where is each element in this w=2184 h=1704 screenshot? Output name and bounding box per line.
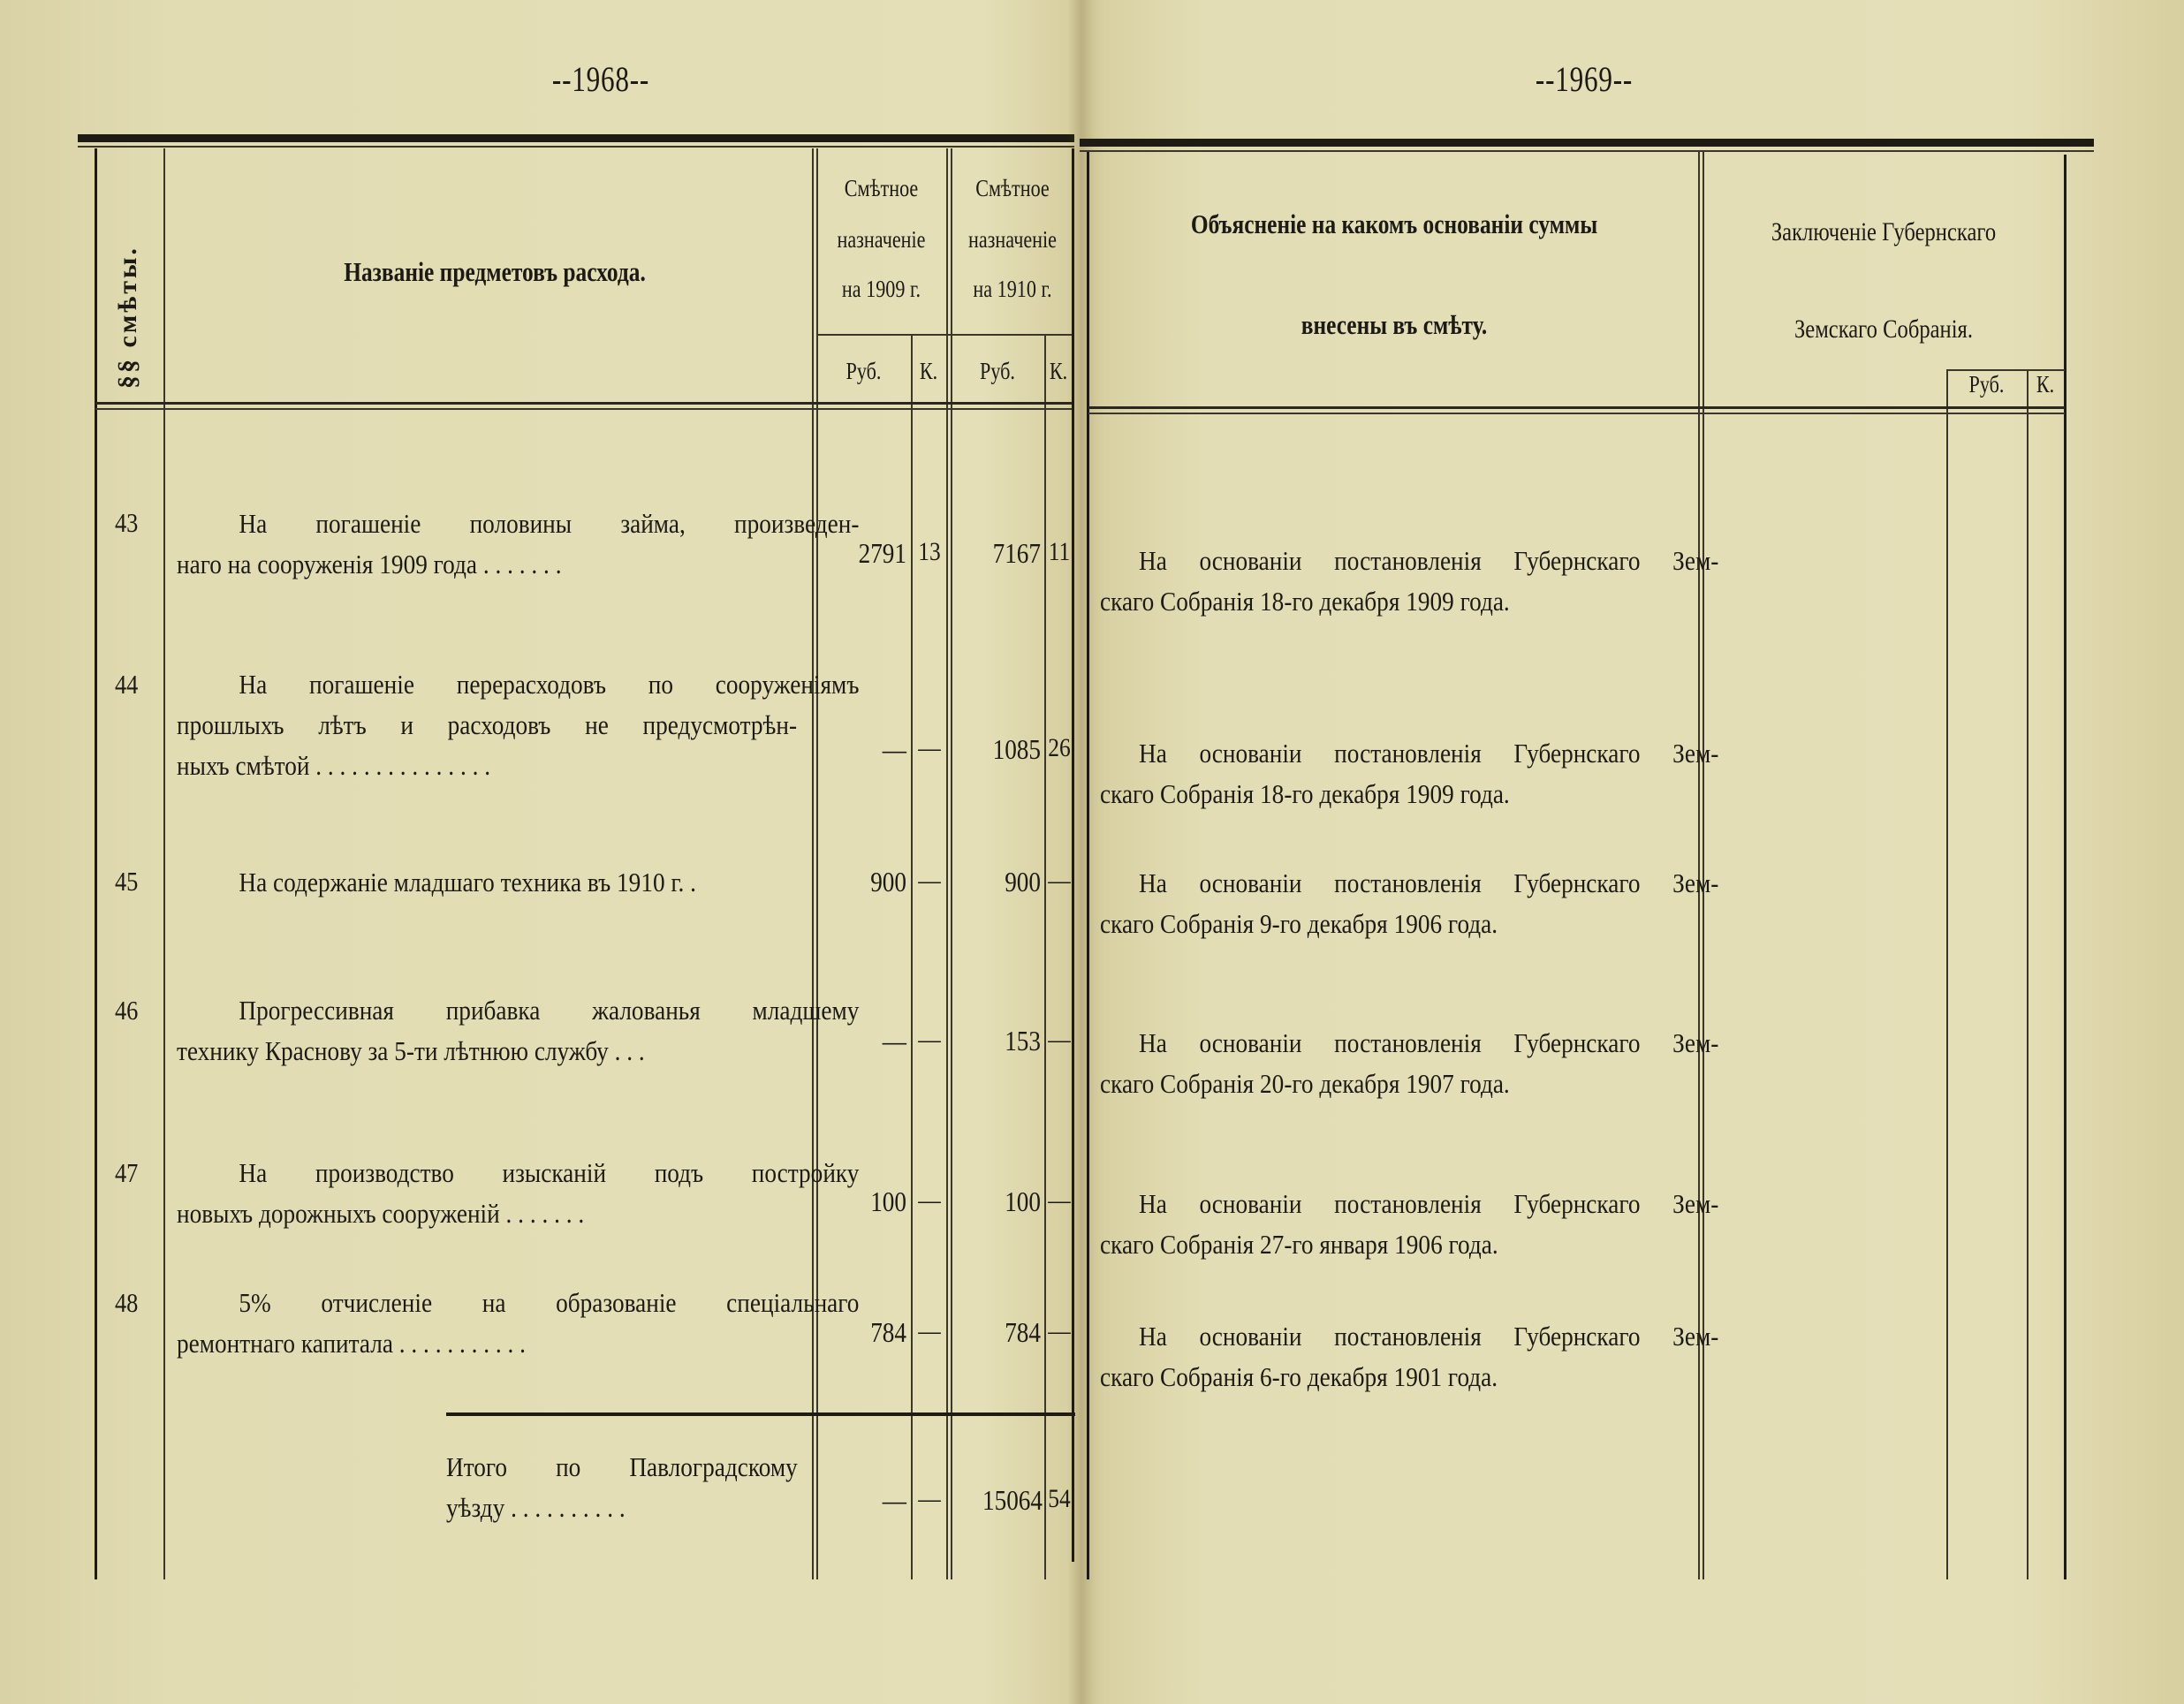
header-kop-conclusion: К. xyxy=(2030,371,2060,398)
header-item-name: Названіе предметовъ расхода. xyxy=(270,256,719,288)
row-item-name: На погашеніе половины займа, произведен-… xyxy=(177,504,800,585)
row-item-name: На производство изысканій подъ постройку… xyxy=(177,1153,800,1234)
explanation-row-48: На основаніи постановленія Губернскаго З… xyxy=(1100,1316,1683,1397)
header-explanation-line2: внесены въ смѣту. xyxy=(1149,309,1639,341)
explanation-row-43: На основаніи постановленія Губернскаго З… xyxy=(1100,541,1683,622)
top-rule-right xyxy=(1080,139,2094,147)
row-number: 43 xyxy=(115,507,138,539)
amount-1910-rub: 7167 xyxy=(967,537,1041,570)
amount-1910-rub: 1085 xyxy=(967,733,1041,766)
amount-1910-rub: 153 xyxy=(967,1025,1041,1057)
amount-1909-rub: — xyxy=(834,1025,906,1057)
header-bottom-rule-left xyxy=(95,402,1073,405)
amount-1909-kop: — xyxy=(914,1316,944,1346)
header-rub-1909: Руб. xyxy=(825,358,903,385)
header-1910-line2: назначеніе xyxy=(962,226,1064,254)
header-1910-line1: Смѣтное xyxy=(962,175,1064,202)
explanation-row-46: На основаніи постановленія Губернскаго З… xyxy=(1100,1023,1683,1104)
table-left-border-right-page xyxy=(1087,152,1089,1579)
amount-1909-rub: — xyxy=(834,733,906,766)
row-item-name: На содержаніе младшаго техника въ 1910 г… xyxy=(177,862,800,903)
row-item-name: На погашеніе перерасходовъ по сооруженія… xyxy=(177,664,800,786)
table-right-border-left-page xyxy=(1072,148,1074,1562)
amount-1909-kop: — xyxy=(914,1185,944,1216)
header-rub-conclusion: Руб. xyxy=(1953,371,2020,398)
header-bottom-rule-right xyxy=(1088,406,2065,409)
amount-1909-kop: — xyxy=(914,733,944,763)
amount-1909-rub: 784 xyxy=(834,1316,906,1349)
total-1909-kop: — xyxy=(914,1484,944,1514)
header-1909-line3: на 1909 г. xyxy=(828,276,935,303)
row-item-name: Прогрессивная прибавка жалованья младшем… xyxy=(177,990,800,1072)
header-1909-line1: Смѣтное xyxy=(828,175,935,202)
amount-1910-rub: 900 xyxy=(967,866,1041,898)
row-number: 48 xyxy=(115,1287,138,1319)
total-rule xyxy=(446,1412,1075,1416)
total-label: Итого по Павлоградскому уѣзду . . . . . … xyxy=(446,1447,800,1528)
col-divider-section xyxy=(163,148,165,1579)
amount-1910-rub: 784 xyxy=(967,1316,1041,1349)
explanation-row-47: На основаніи постановленія Губернскаго З… xyxy=(1100,1184,1683,1265)
explanation-row-45: На основаніи постановленія Губернскаго З… xyxy=(1100,863,1683,944)
col-divider-conclusion-kop xyxy=(2027,371,2029,1579)
row-number: 45 xyxy=(115,866,138,897)
row-number: 47 xyxy=(115,1157,138,1189)
col-divider-kop-1909 xyxy=(911,336,913,1579)
top-rule-right-thin xyxy=(1080,150,2094,152)
amount-1909-kop: — xyxy=(914,1025,944,1055)
amount-1909-kop: 13 xyxy=(914,537,944,567)
header-bottom-rule-left-2 xyxy=(95,408,1073,410)
amount-1909-rub: 900 xyxy=(834,866,906,898)
page-number-left: --1968-- xyxy=(532,58,670,100)
col-divider-1909-double xyxy=(951,148,952,1579)
table-right-border xyxy=(2064,155,2066,1579)
row-number: 46 xyxy=(115,995,138,1026)
amount-1909-rub: 2791 xyxy=(834,537,906,570)
amount-1909-rub: 100 xyxy=(834,1185,906,1218)
header-1910-line3: на 1910 г. xyxy=(962,276,1064,303)
total-1909-rub: — xyxy=(834,1484,906,1517)
header-rub-1910: Руб. xyxy=(959,358,1036,385)
row-item-name: 5% отчисленіе на образованіе спеціальнаг… xyxy=(177,1283,800,1364)
amount-1909-kop: — xyxy=(914,866,944,896)
row-number: 44 xyxy=(115,669,138,701)
header-conclusion-line1: Заключеніе Губернскаго xyxy=(1735,217,2032,247)
header-bottom-rule-right-2 xyxy=(1088,413,2065,414)
header-kop-1909: К. xyxy=(914,358,944,385)
top-rule-left xyxy=(78,134,1074,142)
header-conclusion-line2: Земскаго Собранія. xyxy=(1735,314,2032,345)
header-subrule-left xyxy=(816,334,1073,336)
col-divider-1909 xyxy=(946,148,948,1579)
header-section-number: §§ смѣты. xyxy=(113,246,143,389)
header-1909-line2: назначеніе xyxy=(828,226,935,254)
amount-1910-rub: 100 xyxy=(967,1185,1041,1218)
top-rule-left-thin xyxy=(78,146,1074,148)
explanation-row-44: На основаніи постановленія Губернскаго З… xyxy=(1100,733,1683,814)
total-1910-rub: 15064 xyxy=(967,1484,1043,1517)
table-left-border xyxy=(95,148,97,1579)
col-divider-kop-1910 xyxy=(1044,336,1046,1579)
header-explanation-line1: Объясненіе на какомъ основаніи суммы xyxy=(1149,208,1639,240)
col-divider-conclusion-rub xyxy=(1946,371,1948,1579)
page-number-right: --1969-- xyxy=(1515,58,1653,100)
